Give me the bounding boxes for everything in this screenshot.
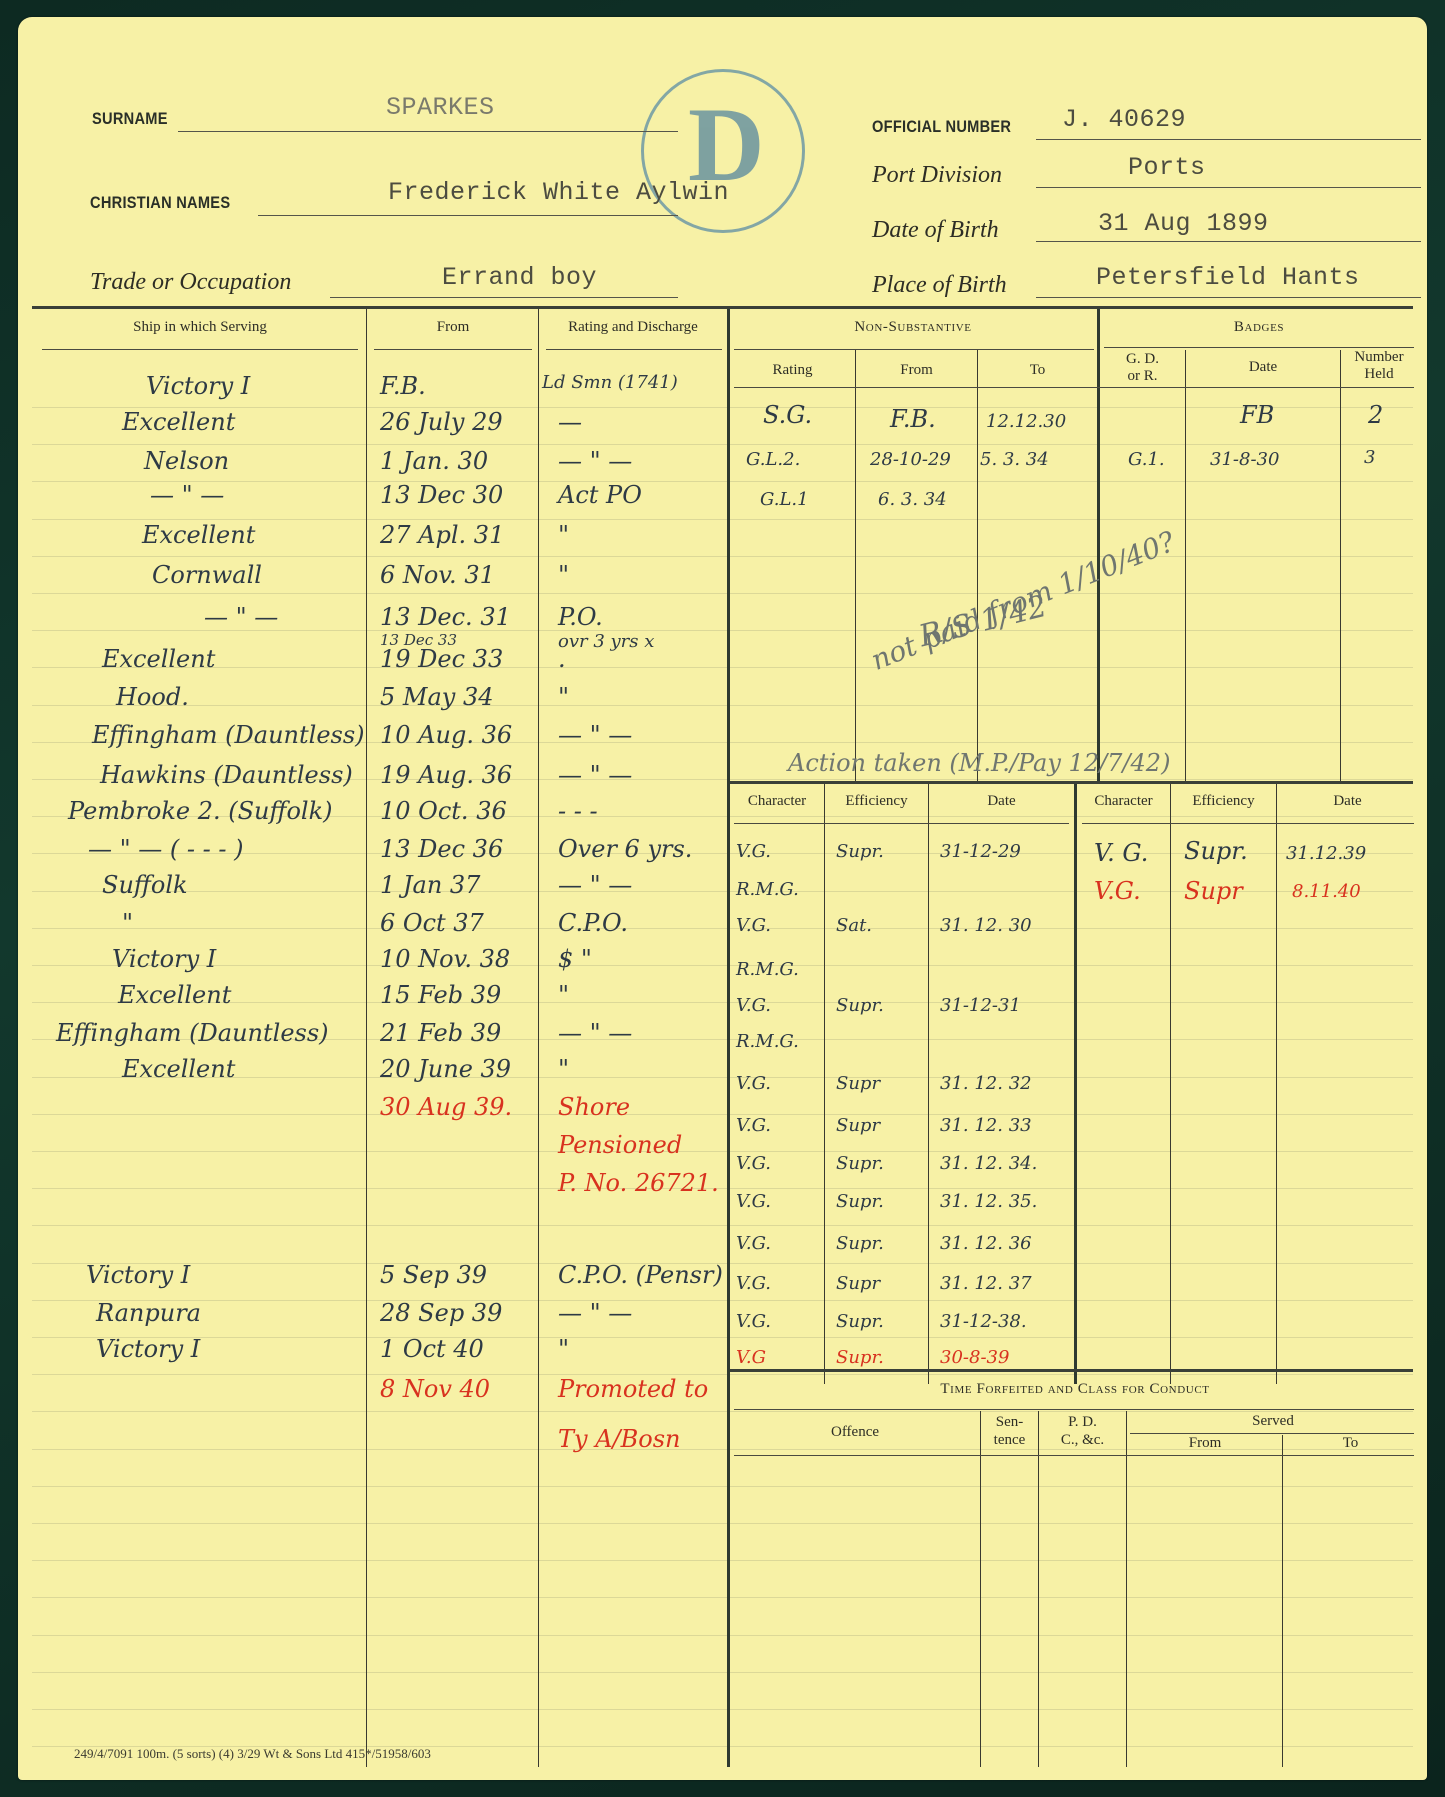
badge-date-0: FB [1240,403,1274,427]
service-row-ship: Victory I [146,374,250,398]
col-line-char-eff-r [1170,784,1171,1384]
header-ns-from: From [856,362,977,379]
ruled-line [32,519,1413,520]
service-row-rating: C.P.O. (Pensr) [558,1263,723,1287]
conduct-left-efficiency: Supr. [836,1155,884,1173]
service-row-ship: Ranpura [96,1301,201,1325]
surname-value: SPARKES [386,93,495,122]
from-header-rule [374,349,532,350]
conduct-header-rule-l [734,823,1069,824]
header-badges-gd-line1: G. D. [1100,351,1185,368]
conduct-left-character: V.G. [736,1075,771,1093]
forfeited-top-rule [730,1369,1413,1372]
service-row-ship: Hood. [116,685,189,709]
service-row-rating: " [558,1337,569,1361]
port-division-line [1036,187,1421,188]
ns-from-0: F.B. [890,407,936,431]
trade-label: Trade or Occupation [90,269,291,296]
conduct-left-date: 31. 12. 32 [940,1075,1032,1093]
service-row-from: 6 Oct 37 [380,911,484,935]
header-sentence-line1: Sen- [981,1413,1038,1431]
ruled-line [32,1114,1413,1115]
ns-to-1: 5. 3. 34 [980,451,1049,469]
ruled-line [32,1225,1413,1226]
col-line-badges-date-number [1340,350,1341,782]
trade-line [330,297,678,298]
print-code: 249/4/7091 100m. (5 sorts) (4) 3/29 Wt &… [74,1746,431,1762]
header-ns-to: To [978,362,1097,379]
service-row-from: 20 June 39 [380,1057,511,1081]
service-row-rating: — " — [558,1021,632,1045]
rating-header-rule [546,349,722,350]
badge-date-1: 31-8-30 [1210,451,1279,469]
service-row-rating: Ld Smn (1741) [542,374,678,392]
ns-from-2: 6. 3. 34 [878,491,947,509]
ruled-line [32,1374,1413,1375]
service-row-ship: — " — [150,483,224,507]
conduct-left-character: V.G [736,1349,766,1367]
header-badges-number-line1: Number [1340,349,1418,366]
conduct-top-rule [730,781,1413,784]
service-row-from: 6 Nov. 31 [380,563,495,587]
header-offence: Offence [730,1424,980,1441]
ruled-line [32,928,1413,929]
ruled-line [32,705,1413,706]
conduct-right-character-0: V. G. [1094,841,1148,865]
conduct-left-character: V.G. [736,1155,771,1173]
conduct-left-character: V.G. [736,997,771,1015]
service-row-ship: Excellent [122,1057,235,1081]
ns-rating-1: G.L.2. [746,451,800,469]
port-division-label: Port Division [872,162,1002,189]
service-row-from: 19 Aug. 36 [380,763,512,787]
conduct-left-efficiency: Supr [836,1117,880,1135]
service-row-from: 21 Feb 39 [380,1021,501,1045]
conduct-left-efficiency: Supr. [836,843,884,861]
conduct-left-character: R.M.G. [736,1033,799,1051]
service-row-ship: Suffolk [102,873,188,897]
conduct-left-character: R.M.G. [736,961,799,979]
trade-value: Errand boy [442,263,597,292]
ruled-line [32,1337,1413,1338]
official-number-line [1036,139,1421,140]
service-record-card: D SURNAME SPARKES CHRISTIAN NAMES Freder… [18,17,1427,1780]
conduct-left-efficiency: Supr. [836,1313,884,1331]
christian-names-value: Frederick White Aylwin [388,178,729,207]
service-row-rating: Ty A/Bosn [558,1427,680,1451]
service-row-from: 1 Oct 40 [380,1337,484,1361]
service-row-rating: — " — [558,763,632,787]
badge-number-0: 2 [1368,403,1383,427]
service-row-from: 1 Jan 37 [380,873,480,897]
conduct-header-character-r: Character [1077,793,1170,810]
port-division-value: Ports [1128,153,1206,182]
service-row-rating: " [558,1057,569,1081]
col-line-served-from-to [1282,1435,1283,1767]
header-badges-number: Number Held [1340,349,1418,383]
col-line-eff-date-r [1276,784,1277,1384]
service-row-rating: P. No. 26721. [558,1171,719,1195]
badge-gd-1: G.1. [1128,451,1165,469]
conduct-right-date-1: 8.11.40 [1292,883,1361,901]
header-served-to: To [1283,1435,1418,1452]
dob-value: 31 Aug 1899 [1098,209,1269,238]
ruled-line [32,1635,1413,1636]
conduct-left-efficiency: Supr. [836,1193,884,1211]
table-top-rule [32,306,1413,309]
service-row-rating: " [558,563,569,587]
header-sentence-line2: tence [981,1431,1038,1449]
conduct-left-date: 31. 12. 36 [940,1235,1032,1253]
service-row-from: 30 Aug 39. [380,1095,512,1119]
header-served: Served [1128,1413,1418,1430]
service-row-from: 10 Oct. 36 [380,799,507,823]
ruled-line [32,556,1413,557]
ship-header-rule [42,349,358,350]
conduct-left-character: V.G. [736,1117,771,1135]
service-row-ship: Excellent [122,410,235,434]
header-non-substantive: Non-Substantive [730,319,1096,336]
header-rating: Rating and Discharge [540,319,726,336]
ruled-line [32,1597,1413,1598]
header-ns-rating: Rating [730,362,855,379]
ruled-line [32,1411,1413,1412]
ruled-line [32,444,1413,445]
conduct-left-character: V.G. [736,1275,771,1293]
service-row-from: 8 Nov 40 [380,1377,490,1401]
conduct-left-character: V.G. [736,1313,771,1331]
service-row-ship: Victory I [86,1263,190,1287]
conduct-left-date: 31. 12. 35. [940,1193,1037,1211]
ruled-line [32,965,1413,966]
header-pdc-line1: P. D. [1039,1413,1126,1431]
conduct-left-date: 30-8-39 [940,1349,1009,1367]
conduct-left-character: R.M.G. [736,881,799,899]
col-line-ns-rating-from [855,350,856,782]
christian-names-label: CHRISTIAN NAMES [90,193,230,213]
forfeited-title-rule [734,1409,1414,1410]
col-line-from-rating [538,309,539,1767]
service-row-rating: - - - [558,799,598,823]
action-taken-note: Action taken (M.P./Pay 12/7/42) [788,751,1170,775]
service-row-ship: Effingham (Dauntless) [92,723,365,747]
header-badges-number-line2: Held [1340,366,1418,383]
service-row-from: 28 Sep 39 [380,1301,502,1325]
service-row-rating: Over 6 yrs. [558,837,692,861]
service-row-ship: Effingham (Dauntless) [56,1021,329,1045]
served-rule [1130,1433,1414,1434]
service-row-rating: — " — [558,873,632,897]
nonsub-badges-subheader-rule [734,387,1414,388]
service-row-ship: — " — ( - - - ) [88,837,244,861]
col-line-ship-from [366,309,367,1767]
conduct-left-efficiency: Supr. [836,1235,884,1253]
service-row-from: F.B. [380,374,426,398]
header-badges-date: Date [1186,359,1340,376]
service-row-rating: ovr 3 yrs x [558,633,654,651]
conduct-left-efficiency: Supr [836,1275,880,1293]
ruled-line [32,1709,1413,1710]
header-ship: Ship in which Serving [42,319,358,336]
conduct-left-date: 31. 12. 33 [940,1117,1032,1135]
service-row-rating: $ " [558,947,592,971]
col-line-offence-sentence [980,1411,981,1767]
ns-rating-2: G.L.1 [760,491,809,509]
service-row-ship: Hawkins (Dauntless) [100,763,353,787]
ns-rating-0: S.G. [763,403,812,427]
conduct-right-efficiency-0: Supr. [1184,839,1248,863]
ruled-line [32,1560,1413,1561]
ruled-line [32,1002,1413,1003]
forfeited-header-rule [734,1455,1414,1456]
service-row-rating: Promoted to [558,1377,708,1401]
ruled-line [32,407,1413,408]
conduct-left-efficiency: Supr [836,1075,880,1093]
header-badges-gd-line2: or R. [1100,368,1185,385]
service-row-ship: Excellent [142,523,255,547]
service-row-rating: — " — [558,1301,632,1325]
service-row-from: 10 Aug. 36 [380,723,512,747]
badges-header-rule [1104,347,1414,348]
col-line-char-eff-l [824,784,825,1384]
header-badges-gd: G. D. or R. [1100,351,1185,385]
service-row-ship: Pembroke 2. (Suffolk) [68,799,333,823]
service-row-rating: C.P.O. [558,911,628,935]
conduct-header-date-r: Date [1277,793,1418,810]
conduct-left-date: 31-12-38. [940,1313,1027,1331]
col-line-pdc-served [1126,1411,1127,1767]
conduct-left-character: V.G. [736,1193,771,1211]
conduct-left-efficiency: Supr. [836,997,884,1015]
col-line-ns-from-to [977,350,978,782]
service-row-rating: " [558,685,569,709]
service-row-ship: — " — [204,605,278,629]
header-pdc-line2: C., &c. [1039,1431,1126,1449]
ruled-line [32,593,1413,594]
col-line-eff-date-l [928,784,929,1384]
conduct-left-date: 31-12-31 [940,997,1021,1015]
dob-label: Date of Birth [872,217,999,244]
service-row-rating: " [558,983,569,1007]
service-row-ship: Nelson [144,449,229,473]
conduct-right-efficiency-1: Supr [1184,879,1243,903]
service-row-from: 19 Dec 33 [380,647,503,671]
ruled-line [32,481,1413,482]
service-row-ship: Excellent [102,647,215,671]
service-row-rating: — " — [558,449,632,473]
service-row-from: 26 July 29 [380,410,503,434]
col-line-conduct-mid [1074,784,1077,1384]
ruled-line [32,1672,1413,1673]
ns-from-1: 28-10-29 [870,451,951,469]
ns-to-0: 12.12.30 [986,413,1066,431]
conduct-left-date: 31. 12. 30 [940,917,1032,935]
service-row-rating: P.O. [558,605,603,629]
badge-number-1: 3 [1364,449,1375,467]
service-row-ship: Victory I [96,1337,200,1361]
conduct-left-date: 31-12-29 [940,843,1021,861]
surname-line [178,131,678,132]
header-from: From [370,319,536,336]
service-row-from: 13 Dec 36 [380,837,503,861]
christian-names-line [258,215,678,216]
service-row-ship: Excellent [118,983,231,1007]
official-number-value: J. 40629 [1062,105,1186,134]
nonsub-header-rule [734,349,1094,350]
ruled-line [32,1300,1413,1301]
ruled-line [32,1486,1413,1487]
conduct-left-character: V.G. [736,843,771,861]
service-row-rating: Shore [558,1095,630,1119]
ruled-line [32,1188,1413,1189]
ruled-line [32,1523,1413,1524]
service-row-from: 5 Sep 39 [380,1263,487,1287]
conduct-left-date: 31. 12. 34. [940,1155,1037,1173]
service-row-from: 15 Feb 39 [380,983,501,1007]
service-row-rating: — " — [558,723,632,747]
conduct-left-character: V.G. [736,917,771,935]
conduct-left-date: 31. 12. 37 [940,1275,1032,1293]
conduct-header-rule-r [1082,823,1414,824]
header-badges: Badges [1100,319,1418,336]
dob-line [1036,241,1421,242]
conduct-left-efficiency: Sat. [836,917,872,935]
service-row-from: 5 May 34 [380,685,494,709]
header-served-from: From [1128,1435,1282,1452]
conduct-header-character-l: Character [730,793,824,810]
col-line-rating-nonsub [727,309,730,1767]
col-line-sentence-pdc [1038,1411,1039,1767]
service-row-rating: Pensioned [558,1133,682,1157]
service-row-ship: " [122,911,133,935]
conduct-right-character-1: V.G. [1094,879,1141,903]
d-stamp: D [641,69,805,233]
official-number-label: OFFICIAL NUMBER [872,117,1011,137]
service-row-ship: Victory I [112,947,216,971]
pob-value: Petersfield Hants [1096,263,1360,292]
pencil-note-not-paid: not paid from 1/10/40? [868,527,1179,675]
service-row-from: 13 Dec. 31 [380,605,511,629]
service-row-rating: — [558,410,582,434]
service-row-from: 1 Jan. 30 [380,449,488,473]
conduct-left-character: V.G. [736,1235,771,1253]
service-row-from: 10 Nov. 38 [380,947,510,971]
ruled-line [32,667,1413,668]
service-row-rating: Act PO [558,483,642,507]
service-row-ship: Cornwall [152,563,262,587]
service-row-from: 27 Apl. 31 [380,523,504,547]
col-line-badges-gd-date [1185,350,1186,782]
header-pdc: P. D. C., &c. [1039,1413,1126,1449]
conduct-header-date-l: Date [929,793,1074,810]
forfeited-title: Time Forfeited and Class for Conduct [730,1381,1420,1398]
ruled-line [32,1077,1413,1078]
conduct-left-efficiency: Supr. [836,1349,884,1367]
pob-label: Place of Birth [872,272,1007,299]
conduct-header-efficiency-l: Efficiency [825,793,928,810]
ruled-line [32,1151,1413,1152]
header-sentence: Sen- tence [981,1413,1038,1449]
service-row-rating: . [558,647,566,671]
conduct-header-efficiency-r: Efficiency [1171,793,1276,810]
pob-line [1036,297,1421,298]
service-row-from: 13 Dec 30 [380,483,503,507]
service-row-rating: " [558,523,569,547]
conduct-right-date-0: 31.12.39 [1286,845,1366,863]
surname-label: SURNAME [92,109,168,129]
